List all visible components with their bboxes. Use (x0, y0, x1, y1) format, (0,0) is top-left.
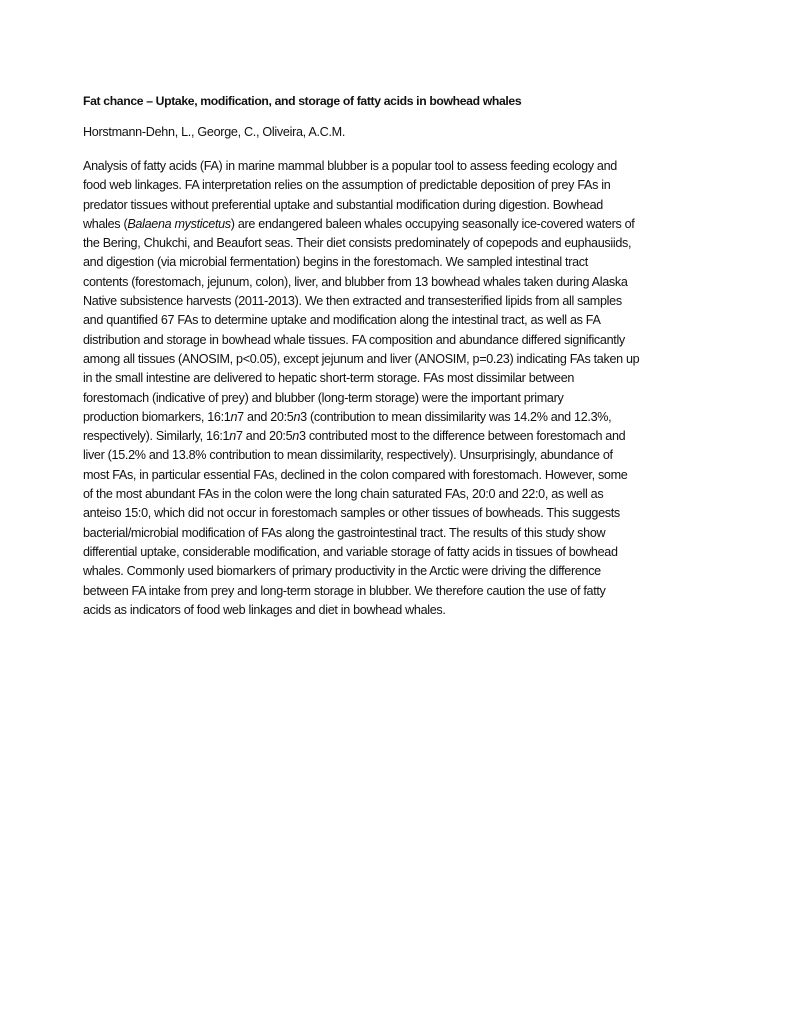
document-page: Fat chance – Uptake, modification, and s… (0, 0, 791, 1024)
abstract-line: distribution and storage in bowhead whal… (83, 331, 723, 350)
abstract-body: Analysis of fatty acids (FA) in marine m… (83, 157, 723, 620)
abstract-line: whales (Balaena mysticetus) are endanger… (83, 215, 723, 234)
omega-notation: n (292, 429, 299, 443)
abstract-line: and quantified 67 FAs to determine uptak… (83, 311, 723, 330)
abstract-line: food web linkages. FA interpretation rel… (83, 176, 723, 195)
abstract-line: production biomarkers, 16:1n7 and 20:5n3… (83, 408, 723, 427)
omega-notation: n (293, 410, 300, 424)
document-title: Fat chance – Uptake, modification, and s… (83, 93, 723, 109)
abstract-line: Analysis of fatty acids (FA) in marine m… (83, 157, 723, 176)
abstract-line: most FAs, in particular essential FAs, d… (83, 466, 723, 485)
abstract-line: of the most abundant FAs in the colon we… (83, 485, 723, 504)
species-name: Balaena mysticetus (127, 217, 230, 231)
omega-notation: n (229, 429, 236, 443)
abstract-line: among all tissues (ANOSIM, p<0.05), exce… (83, 350, 723, 369)
abstract-line: the Bering, Chukchi, and Beaufort seas. … (83, 234, 723, 253)
omega-notation: n (230, 410, 237, 424)
abstract-line: respectively). Similarly, 16:1n7 and 20:… (83, 427, 723, 446)
abstract-line: in the small intestine are delivered to … (83, 369, 723, 388)
abstract-line: predator tissues without preferential up… (83, 196, 723, 215)
abstract-line: contents (forestomach, jejunum, colon), … (83, 273, 723, 292)
abstract-line: and digestion (via microbial fermentatio… (83, 253, 723, 272)
abstract-line: acids as indicators of food web linkages… (83, 601, 723, 620)
abstract-line: differential uptake, considerable modifi… (83, 543, 723, 562)
abstract-line: whales. Commonly used biomarkers of prim… (83, 562, 723, 581)
abstract-line: between FA intake from prey and long-ter… (83, 582, 723, 601)
author-list: Horstmann-Dehn, L., George, C., Oliveira… (83, 124, 723, 140)
abstract-line: forestomach (indicative of prey) and blu… (83, 389, 723, 408)
abstract-line: liver (15.2% and 13.8% contribution to m… (83, 446, 723, 465)
abstract-line: bacterial/microbial modification of FAs … (83, 524, 723, 543)
abstract-line: anteiso 15:0, which did not occur in for… (83, 504, 723, 523)
abstract-line: Native subsistence harvests (2011-2013).… (83, 292, 723, 311)
